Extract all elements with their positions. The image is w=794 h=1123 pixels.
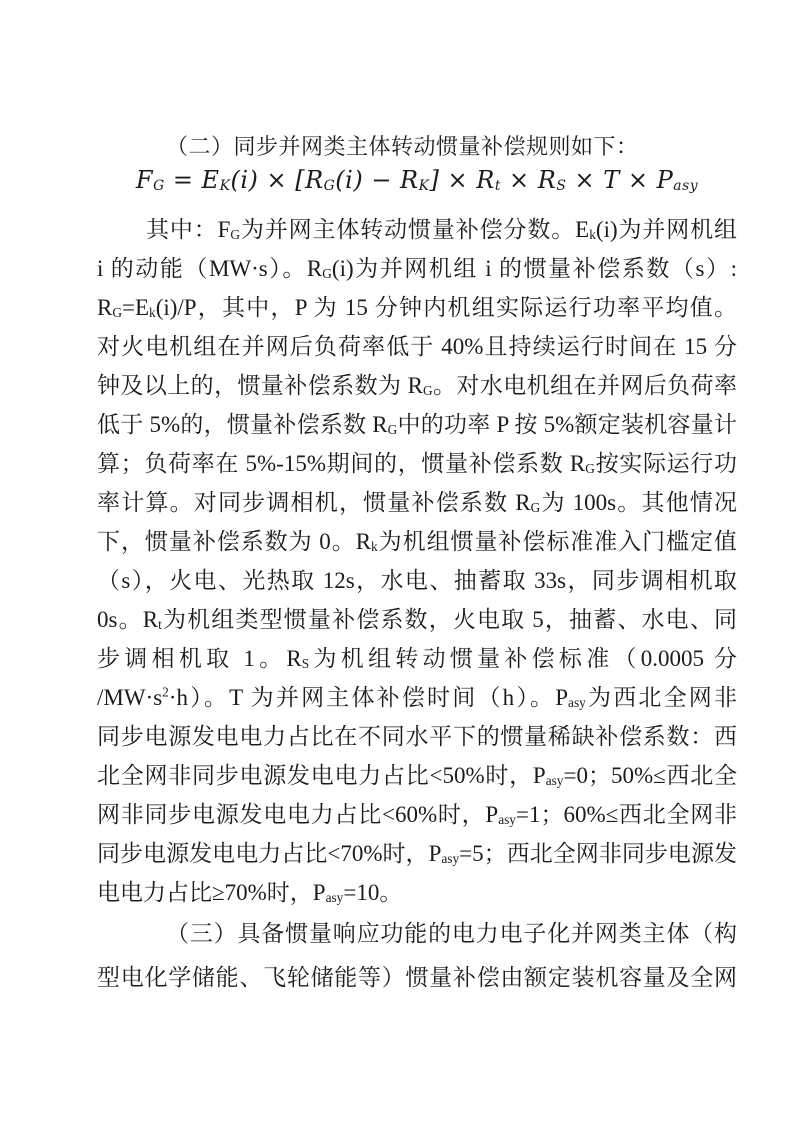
text-line: （s），火电、光热取 12s，水电、抽蓄取 33s，同步调相机取 xyxy=(97,561,737,600)
text-line: 同步电源发电电力占比在不同水平下的惯量稀缺补偿系数：西 xyxy=(97,717,737,756)
text-line: 型电化学储能、飞轮储能等）惯量补偿由额定装机容量及全网 xyxy=(97,956,737,1000)
text-line: 0s。Rt为机组类型惯量补偿系数，火电取 5，抽蓄、水电、同 xyxy=(97,600,737,639)
text-line: 下，惯量补偿系数为 0。Rk为机组惯量补偿标准准入门槛定值 xyxy=(97,522,737,561)
page-content: （二）同步并网类主体转动惯量补偿规则如下： FG = EK(i) × [RG(i… xyxy=(97,132,737,1000)
text-line: RG=Ek(i)/P，其中，P 为 15 分钟内机组实际运行功率平均值。 xyxy=(97,288,737,327)
text-line: （三）具备惯量响应功能的电力电子化并网类主体（构网 xyxy=(97,912,737,956)
document-page: （二）同步并网类主体转动惯量补偿规则如下： FG = EK(i) × [RG(i… xyxy=(0,0,794,1123)
section-2-paragraph: 其中：FG为并网主体转动惯量补偿分数。Ek(i)为并网机组i 的动能（MW·s）… xyxy=(97,210,737,912)
text-line: /MW·s2·h）。T 为并网主体补偿时间（h）。Pasy为西北全网非 xyxy=(97,678,737,717)
text-line: 同步电源发电电力占比<70%时，Pasy=5；西北全网非同步电源发 xyxy=(97,834,737,873)
text-line: 对火电机组在并网后负荷率低于 40%且持续运行时间在 15 分 xyxy=(97,327,737,366)
text-line: 其中：FG为并网主体转动惯量补偿分数。Ek(i)为并网机组 xyxy=(97,210,737,249)
text-line: i 的动能（MW·s）。RG(i)为并网机组 i 的惯量补偿系数（s）: xyxy=(97,249,737,288)
inertia-compensation-formula: FG = EK(i) × [RG(i) − RK] × Rt × RS × T … xyxy=(97,162,737,198)
text-line: 钟及以上的，惯量补偿系数为 RG。对水电机组在并网后负荷率 xyxy=(97,366,737,405)
text-line: 网非同步电源发电电力占比<60%时，Pasy=1；60%≤西北全网非 xyxy=(97,795,737,834)
text-line: 算；负荷率在 5%-15%期间的，惯量补偿系数 RG按实际运行功 xyxy=(97,444,737,483)
text-line: 电电力占比≥70%时，Pasy=10。 xyxy=(97,873,737,912)
text-line: 步调相机取 1。RS为机组转动惯量补偿标准（0.0005 分 xyxy=(97,639,737,678)
text-line: 率计算。对同步调相机，惯量补偿系数 RG为 100s。其他情况 xyxy=(97,483,737,522)
section-2-heading: （二）同步并网类主体转动惯量补偿规则如下： xyxy=(97,132,737,162)
section-3-paragraph: （三）具备惯量响应功能的电力电子化并网类主体（构网型电化学储能、飞轮储能等）惯量… xyxy=(97,912,737,1000)
text-line: 北全网非同步电源发电电力占比<50%时，Pasy=0；50%≤西北全 xyxy=(97,756,737,795)
text-line: 低于 5%的，惯量补偿系数 RG中的功率 P 按 5%额定装机容量计 xyxy=(97,405,737,444)
